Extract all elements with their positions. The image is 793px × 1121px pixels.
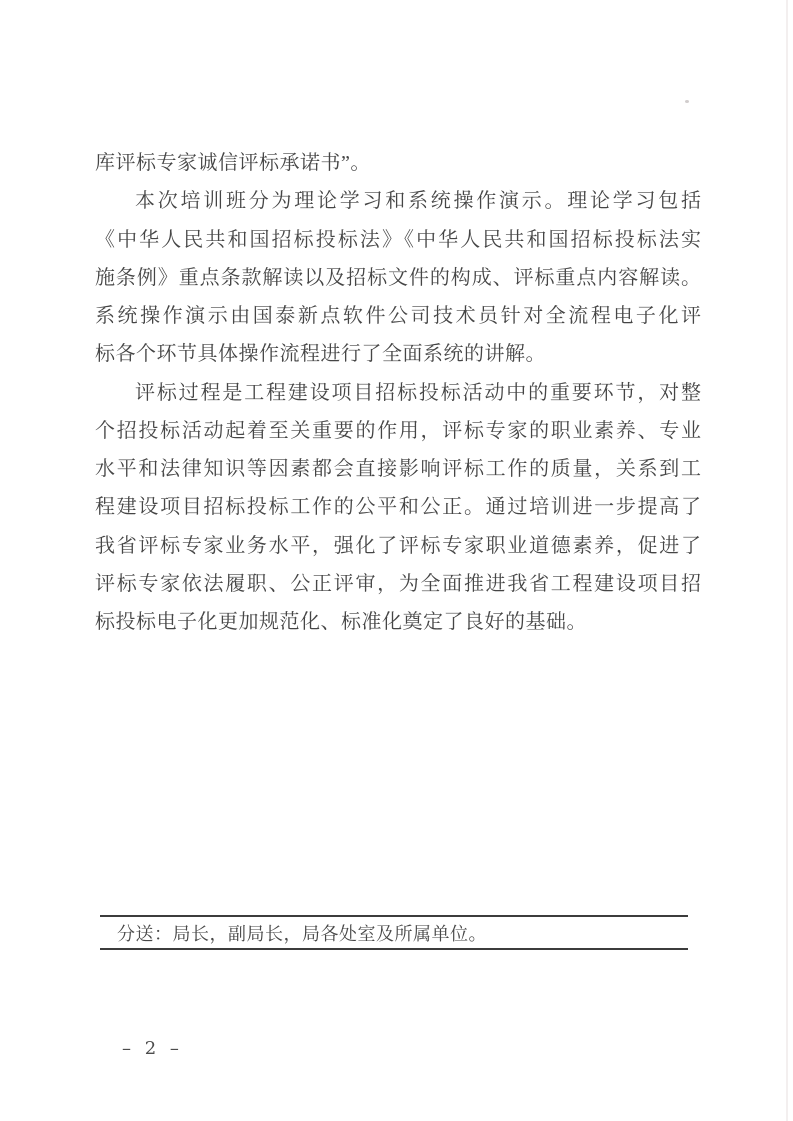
text-line: 标投标电子化更加规范化、标准化奠定了良好的基础。 xyxy=(95,603,701,641)
text-line: 我省评标专家业务水平，强化了评标专家职业道德素养，促进了 xyxy=(95,527,701,565)
text-line: 系统操作演示由国泰新点软件公司技术员针对全流程电子化评 xyxy=(95,297,701,335)
text-line: 《中华人民共和国招标投标法》《中华人民共和国招标投标法实 xyxy=(95,221,701,259)
text-line: 评标专家依法履职、公正评审，为全面推进我省工程建设项目招 xyxy=(95,565,701,603)
text-line: 水平和法律知识等因素都会直接影响评标工作的质量，关系到工 xyxy=(95,450,701,488)
distribution-footer: 分送：局长，副局长，局各处室及所属单位。 xyxy=(100,915,688,950)
text-line: 施条例》重点条款解读以及招标文件的构成、评标重点内容解读。 xyxy=(95,259,701,297)
text-line: 评标过程是工程建设项目招标投标活动中的重要环节，对整 xyxy=(95,374,701,412)
distribution-text: 分送：局长，副局长，局各处室及所属单位。 xyxy=(100,920,487,946)
page-number: – 2 – xyxy=(122,1038,182,1059)
document-body: 库评标专家诚信评标承诺书”。 本次培训班分为理论学习和系统操作演示。理论学习包括… xyxy=(95,144,701,641)
text-line: 库评标专家诚信评标承诺书”。 xyxy=(95,144,701,182)
text-line: 个招投标活动起着至关重要的作用，评标专家的职业素养、专业 xyxy=(95,412,701,450)
scanned-document-page: 库评标专家诚信评标承诺书”。 本次培训班分为理论学习和系统操作演示。理论学习包括… xyxy=(0,0,793,1121)
text-line: 本次培训班分为理论学习和系统操作演示。理论学习包括 xyxy=(95,182,701,220)
scan-edge-artifact xyxy=(786,0,788,1121)
text-line: 标各个环节具体操作流程进行了全面系统的讲解。 xyxy=(95,335,701,373)
text-line: 程建设项目招标投标工作的公平和公正。通过培训进一步提高了 xyxy=(95,488,701,526)
scan-speck-artifact xyxy=(685,100,689,103)
